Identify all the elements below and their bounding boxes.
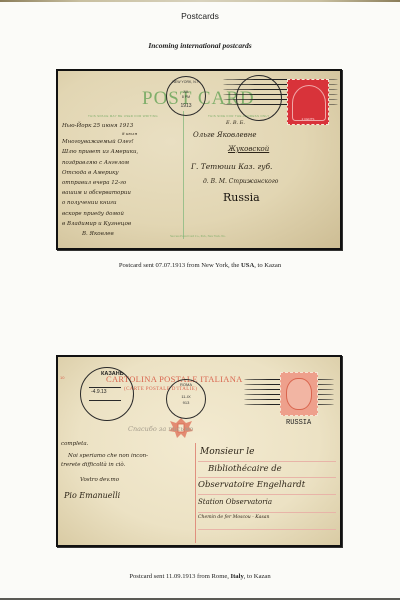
address-country: Russia [223,191,260,204]
publisher-imprint: Success Postal Card Co., Pub., New York.… [170,234,226,238]
stamp-italy-indicium [280,372,318,416]
stamp-us-2-cents: 2 CENTS [287,79,329,125]
card-divider [195,443,196,543]
section-title: Incoming international postcards [0,41,400,50]
pencil-note: Спасибо за письмо [128,425,193,433]
postmark-roma: ROMA 11-IX 913 [166,379,206,419]
signature: Pio Emanuelli [64,491,120,500]
stamp-portrait-icon [286,378,312,410]
address-line: Monsieur le [200,447,254,457]
message-line: trerete difficoltà in ciò. [61,462,125,468]
handwritten-message: Нью-Йорк 25 июня 1913 8 июля Многоуважае… [62,121,138,239]
message-line: Vostro dev.mo [80,477,119,483]
destination-stamp: RUSSIA [286,419,311,427]
scan-top-edge [0,0,400,2]
address-line: Ольге Яковлевне [193,131,256,139]
postmark-new-york: NEW YORK, N.Y. JUL 8 PM 1913 [166,76,206,116]
address-line: Station Observatoria [198,498,272,506]
address-line: Г. Тетюши Каз. губ. [191,162,272,171]
address-line: Chemin de fer Moscou - Kasan [198,515,269,520]
page-title: Postcards [0,11,400,21]
postmark-kazan: -4.9.13 КАЗАНЬ [80,367,134,421]
message-line: completa. [61,441,88,447]
caption-postcard-italy: Postcard sent 11.09.1913 from Rome, Ital… [0,573,400,580]
address-line: Observatoire Engelhardt [198,480,305,490]
address-line: Жуковской [228,145,269,153]
postcard-italy: 10 CARTOLINA POSTALE ITALIANA (CARTE POS… [56,355,342,547]
address-line: д. В. М. Стрижанского [203,178,278,185]
message-line: Noi speriamo che non incon- [68,453,148,459]
postcard-usa: POST CARD THIS SPACE MAY BE USED FOR WRI… [56,69,342,250]
caption-postcard-usa: Postcard sent 07.07.1913 from New York, … [0,262,400,269]
address-line: Bibliothécaire de [208,464,282,474]
stamp-portrait-icon [292,85,326,121]
card-divider [183,111,184,239]
address-line: Е. В. Б. [226,120,245,126]
corner-number: 10 [60,375,64,380]
writing-space-label: THIS SPACE MAY BE USED FOR WRITING [88,114,158,118]
